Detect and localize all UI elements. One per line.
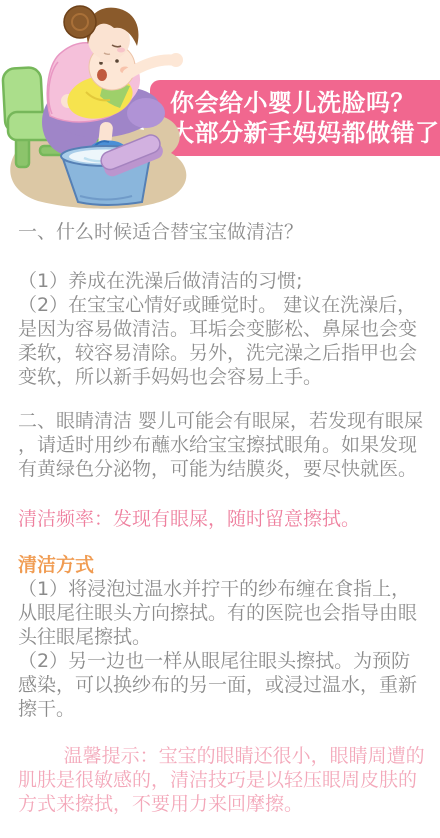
section1-item-1: （1）养成在洗澡后做清洁的习惯; <box>18 269 426 293</box>
mother-torso <box>47 43 137 122</box>
baby-arm <box>128 60 172 74</box>
section1-item-2: （2）在宝宝心情好或睡觉时。 建议在洗澡后，是因为容易做清洁。耳垢会变膨松、鼻屎… <box>18 293 426 389</box>
wash-basin <box>61 146 151 205</box>
baby-body <box>63 70 136 125</box>
blue-slipper <box>90 141 126 158</box>
title-line-1: 你会给小婴儿洗脸吗？ <box>170 88 440 118</box>
mother-head <box>64 6 138 62</box>
method-item-1: （1）将浸泡过温水并拧干的纱布缠在食指上，从眼尾往眼头方向擦拭。有的医院也会指导… <box>18 577 426 649</box>
method-item-2: （2）另一边也一样从眼尾往眼头擦拭。为预防感染，可以换纱布的另一面，或浸过温水，… <box>18 649 426 721</box>
cleaning-frequency-note: 清洁频率：发现有眼屎，随时留意擦拭。 <box>18 507 426 531</box>
title-line-2: 大部分新手妈妈都做错了 <box>170 118 440 148</box>
article-page: 你会给小婴儿洗脸吗？ 大部分新手妈妈都做错了 一、什么时候适合替宝宝做清洁？ （… <box>0 0 440 838</box>
mother-pants <box>42 81 165 156</box>
mother-arm <box>70 68 134 108</box>
section2-paragraph: 二、眼睛清洁 婴儿可能会有眼屎，若发现有眼屎，请适时用纱布蘸水给宝宝擦拭眼角。如… <box>18 409 426 481</box>
title-banner: 你会给小婴儿洗脸吗？ 大部分新手妈妈都做错了 <box>150 80 440 156</box>
cleaning-method-heading: 清洁方式 <box>18 553 426 577</box>
baby-head <box>89 40 135 90</box>
header: 你会给小婴儿洗脸吗？ 大部分新手妈妈都做错了 <box>0 0 440 215</box>
article-body: 一、什么时候适合替宝宝做清洁？ （1）养成在洗澡后做清洁的习惯; （2）在宝宝心… <box>0 220 440 816</box>
warm-tip-paragraph: 温馨提示：宝宝的眼睛还很小，眼睛周遭的肌肤是很敏感的，清洁技巧是以轻压眼周皮肤的… <box>18 744 426 816</box>
green-chair <box>2 67 112 167</box>
section1-heading: 一、什么时候适合替宝宝做清洁？ <box>18 220 426 244</box>
